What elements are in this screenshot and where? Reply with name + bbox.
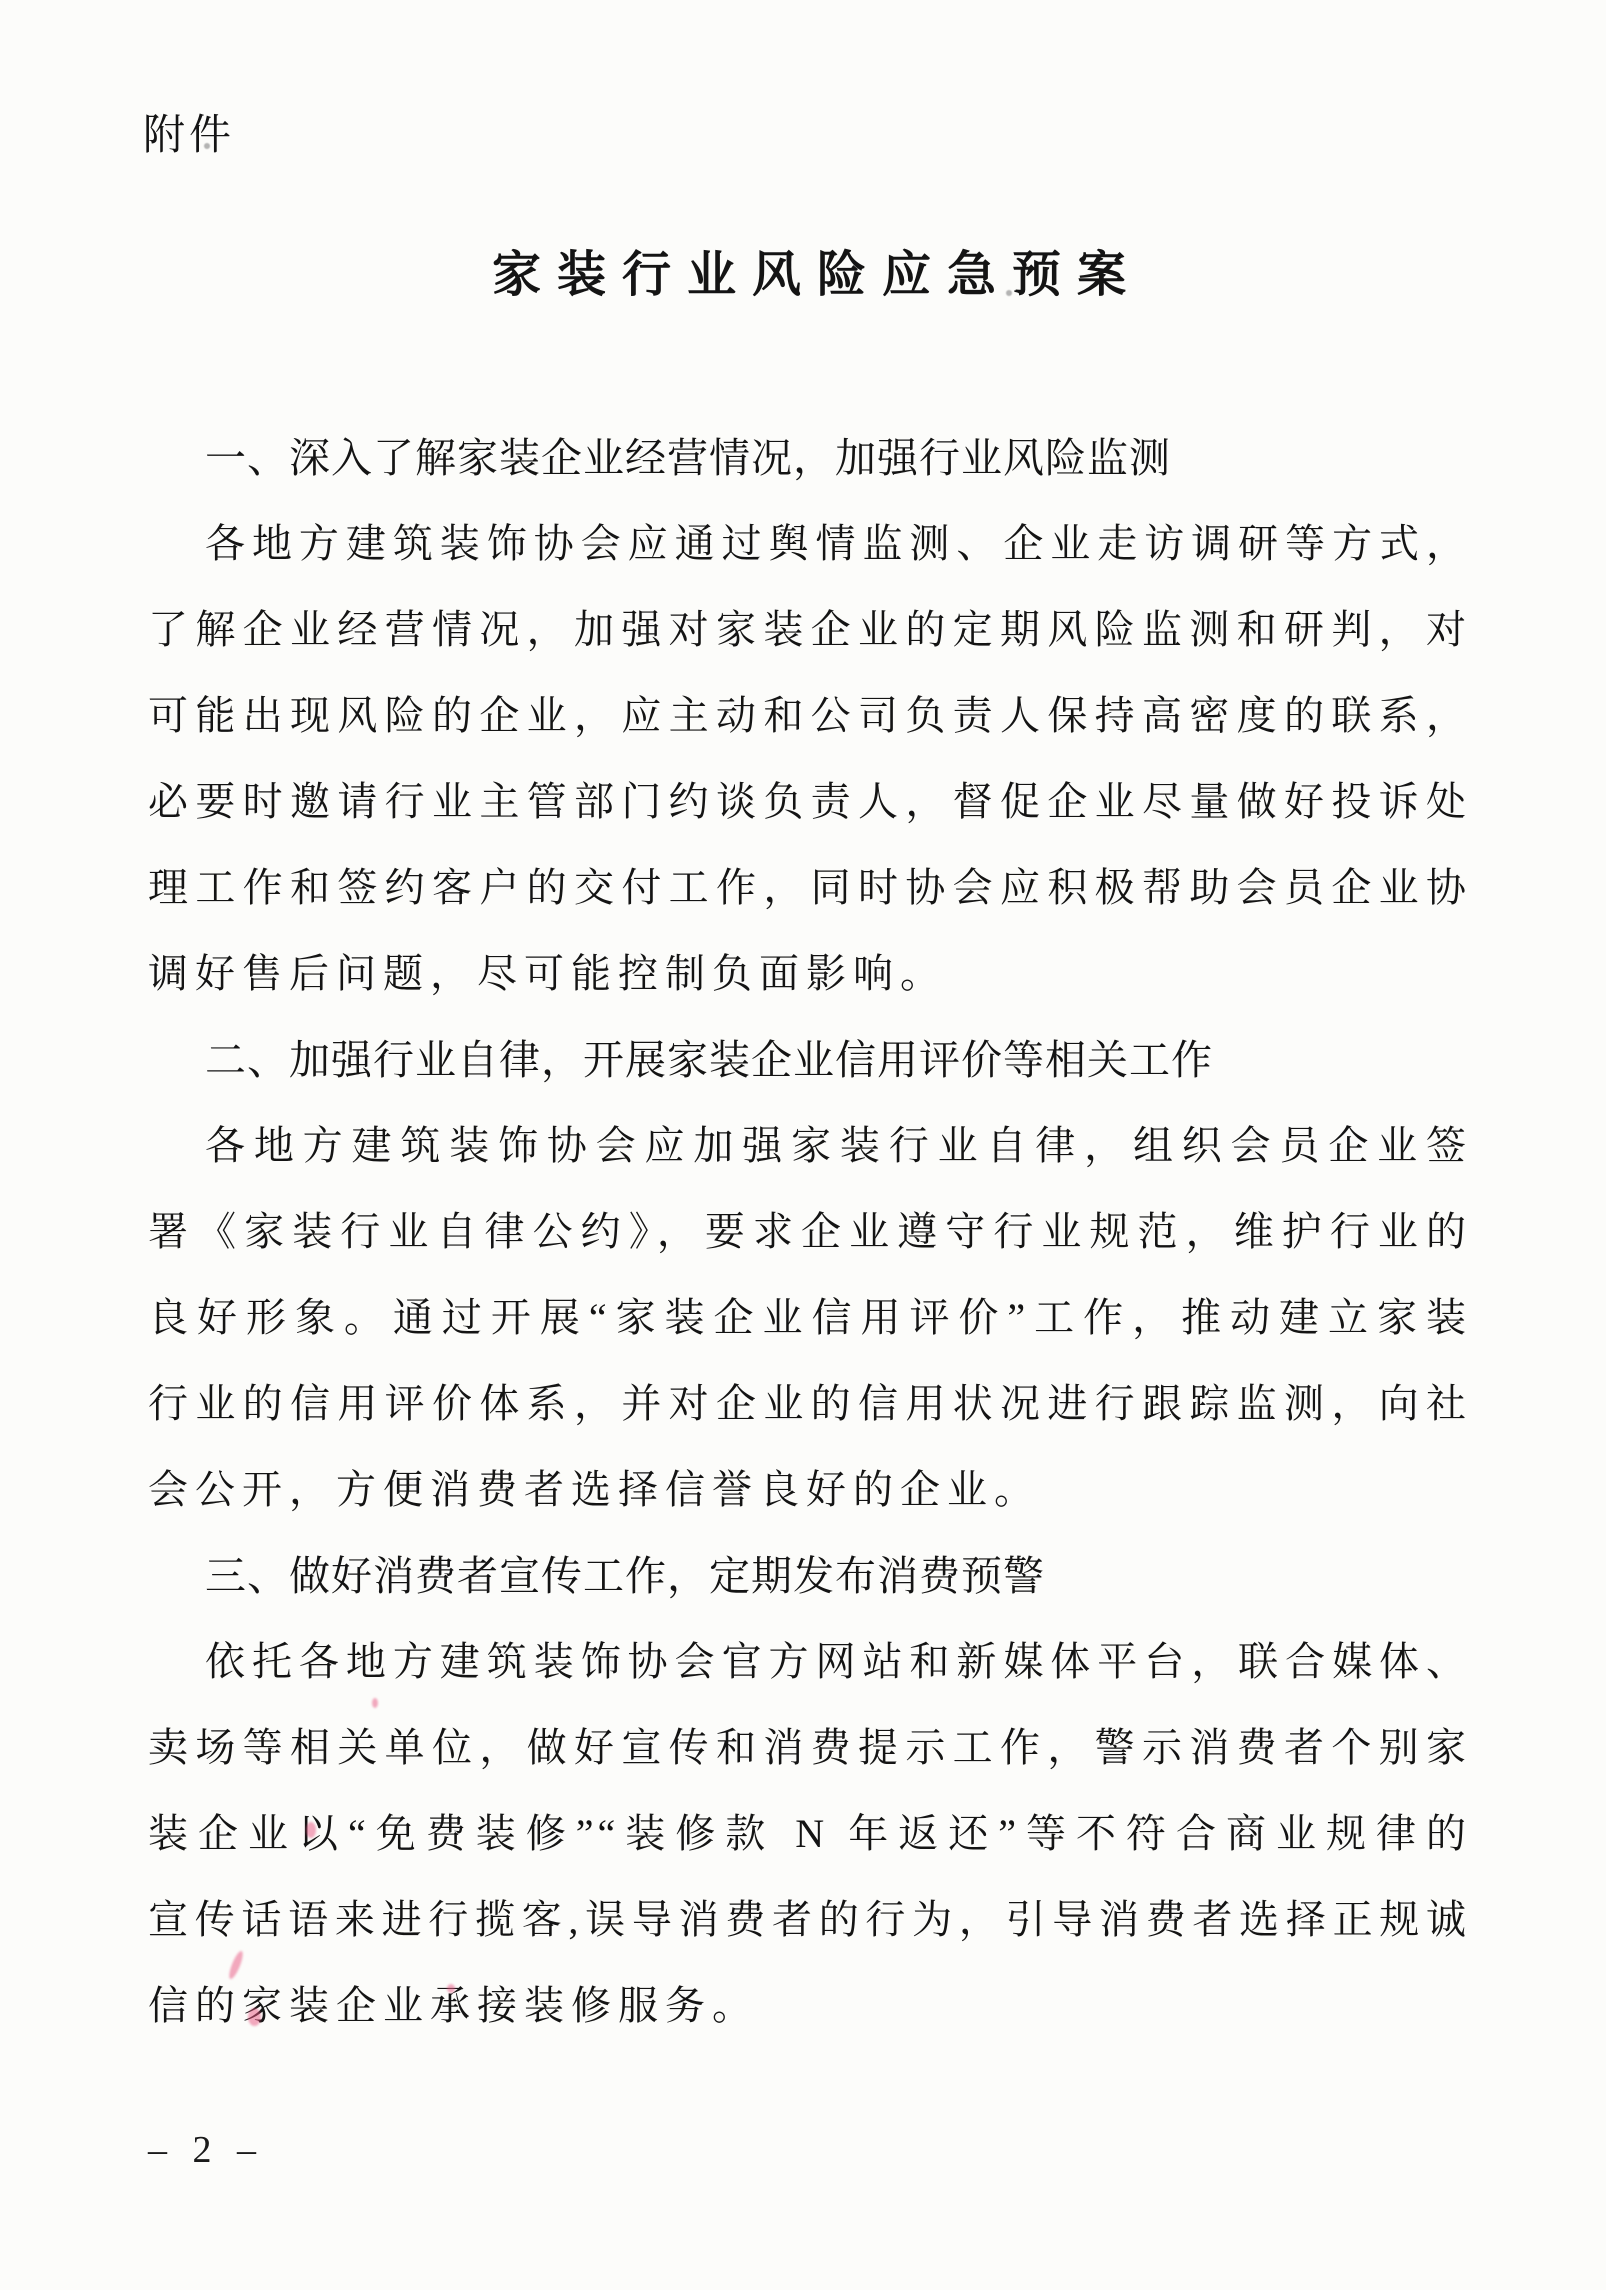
paragraph-line: 可能出现风险的企业，应主动和公司负责人保持高密度的联系，: [148, 673, 1470, 759]
paragraph-line: 会公开，方便消费者选择信誉良好的企业。: [148, 1447, 1470, 1533]
paragraph-line: 良好形象。通过开展“家装企业信用评价”工作，推动建立家装: [148, 1275, 1470, 1361]
section-heading-2: 二、加强行业自律，开展家装企业信用评价等相关工作: [148, 1017, 1470, 1103]
paragraph-line: 依托各地方建筑装饰协会官方网站和新媒体平台，联合媒体、: [148, 1619, 1470, 1705]
paragraph-line: 信的家装企业承接装修服务。: [148, 1963, 1470, 2049]
paragraph-line: 卖场等相关单位，做好宣传和消费提示工作，警示消费者个别家: [148, 1705, 1470, 1791]
paragraph-line: 各地方建筑装饰协会应通过舆情监测、企业走访调研等方式，: [148, 501, 1470, 587]
paragraph-line: 必要时邀请行业主管部门约谈负责人，督促企业尽量做好投诉处: [148, 759, 1470, 845]
document-page: 附件 家装行业风险应急预案 一、深入了解家装企业经营情况，加强行业风险监测各地方…: [0, 0, 1606, 2290]
paragraph-line: 各地方建筑装饰协会应加强家装行业自律，组织会员企业签: [148, 1103, 1470, 1189]
paragraph-line: 署《家装行业自律公约》，要求企业遵守行业规范，维护行业的: [148, 1189, 1470, 1275]
section-heading-1: 一、深入了解家装企业经营情况，加强行业风险监测: [148, 415, 1470, 501]
page-number: – 2 –: [148, 2128, 264, 2172]
section-heading-3: 三、做好消费者宣传工作，定期发布消费预警: [148, 1533, 1470, 1619]
document-content: 一、深入了解家装企业经营情况，加强行业风险监测各地方建筑装饰协会应通过舆情监测、…: [148, 415, 1470, 2049]
paragraph-line: 了解企业经营情况，加强对家装企业的定期风险监测和研判，对: [148, 587, 1470, 673]
paragraph-line: 宣传话语来进行揽客,误导消费者的行为，引导消费者选择正规诚: [148, 1877, 1470, 1963]
paragraph-line: 理工作和签约客户的交付工作，同时协会应积极帮助会员企业协: [148, 845, 1470, 931]
document-title: 家装行业风险应急预案: [148, 240, 1470, 310]
paragraph-line: 装企业以“免费装修”“装修款 N 年返还”等不符合商业规律的: [148, 1791, 1470, 1877]
paragraph-line: 行业的信用评价体系，并对企业的信用状况进行跟踪监测，向社: [148, 1361, 1470, 1447]
paragraph-line: 调好售后问题，尽可能控制负面影响。: [148, 931, 1470, 1017]
attachment-label: 附件: [143, 106, 235, 166]
